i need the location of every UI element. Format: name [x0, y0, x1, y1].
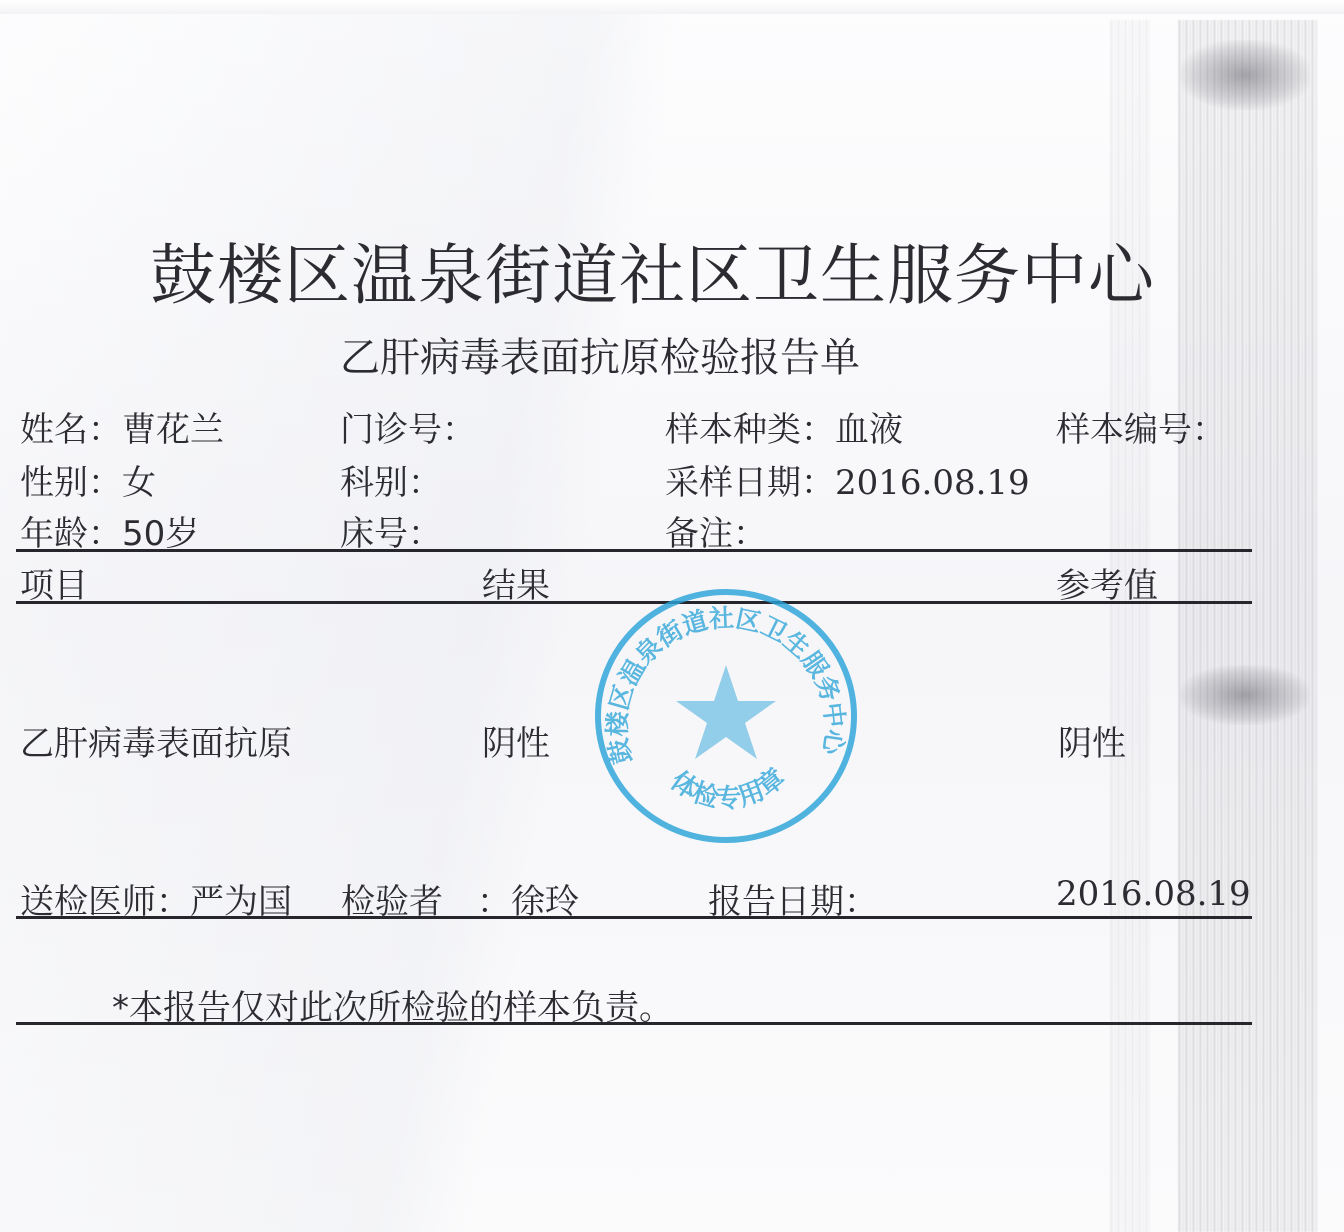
divider-header-top — [16, 549, 1252, 552]
field-sample-type: 样本种类：血液 — [665, 402, 903, 451]
divider-footer — [16, 916, 1252, 919]
official-stamp: 鼓楼区温泉街道社区卫生服务中心 体检专用章 — [592, 585, 860, 847]
field-gender-value: 女 — [122, 463, 156, 503]
field-sample-no: 样本编号： — [1056, 402, 1226, 451]
result-reference: 阴性 — [1058, 716, 1126, 765]
field-bed-no-label: 床号： — [340, 514, 442, 554]
scan-artifact-band-light — [1110, 20, 1150, 1232]
field-remarks: 备注： — [665, 506, 767, 555]
column-header-result: 结果 — [482, 558, 550, 607]
field-bed-no: 床号： — [340, 506, 442, 555]
field-sample-no-label: 样本编号： — [1056, 410, 1226, 450]
field-outpatient-no: 门诊号： — [340, 402, 476, 451]
field-name-value: 曹花兰 — [122, 410, 224, 450]
field-name-label: 姓名： — [20, 410, 122, 450]
institution-title: 鼓楼区温泉街道社区卫生服务中心 — [150, 222, 1160, 317]
field-sampling-date: 采样日期：2016.08.19 — [665, 455, 1030, 504]
field-gender-label: 性别： — [20, 463, 122, 503]
field-department: 科别： — [340, 455, 442, 504]
field-age-label: 年龄： — [20, 514, 122, 554]
field-age-value: 50岁 — [122, 514, 199, 554]
field-outpatient-no-label: 门诊号： — [340, 410, 476, 450]
field-sample-type-label: 样本种类： — [665, 410, 835, 450]
field-sample-type-value: 血液 — [835, 410, 903, 450]
scan-smudge-middle — [1180, 665, 1310, 725]
paper-top-edge — [0, 0, 1344, 14]
report-title: 乙肝病毒表面抗原检验报告单 — [340, 326, 860, 383]
field-department-label: 科别： — [340, 463, 442, 503]
field-remarks-label: 备注： — [665, 514, 767, 554]
field-sampling-date-label: 采样日期： — [665, 463, 835, 503]
field-gender: 性别：女 — [20, 455, 156, 504]
column-header-reference: 参考值 — [1056, 558, 1158, 607]
field-sampling-date-value: 2016.08.19 — [835, 463, 1030, 503]
field-name: 姓名：曹花兰 — [20, 402, 224, 451]
scan-artifact-band — [1178, 20, 1318, 1232]
divider-bottom — [16, 1022, 1252, 1025]
stamp-inner-text: 体检专用章 — [665, 762, 791, 814]
svg-text:体检专用章: 体检专用章 — [665, 762, 791, 814]
field-age: 年龄：50岁 — [20, 506, 199, 555]
footer-report-date-value: 2016.08.19 — [1056, 874, 1251, 914]
result-item: 乙肝病毒表面抗原 — [20, 716, 292, 765]
result-value: 阴性 — [482, 716, 550, 765]
scan-smudge-top — [1180, 40, 1310, 110]
column-header-item: 项目 — [20, 558, 88, 607]
star-icon — [676, 665, 776, 759]
